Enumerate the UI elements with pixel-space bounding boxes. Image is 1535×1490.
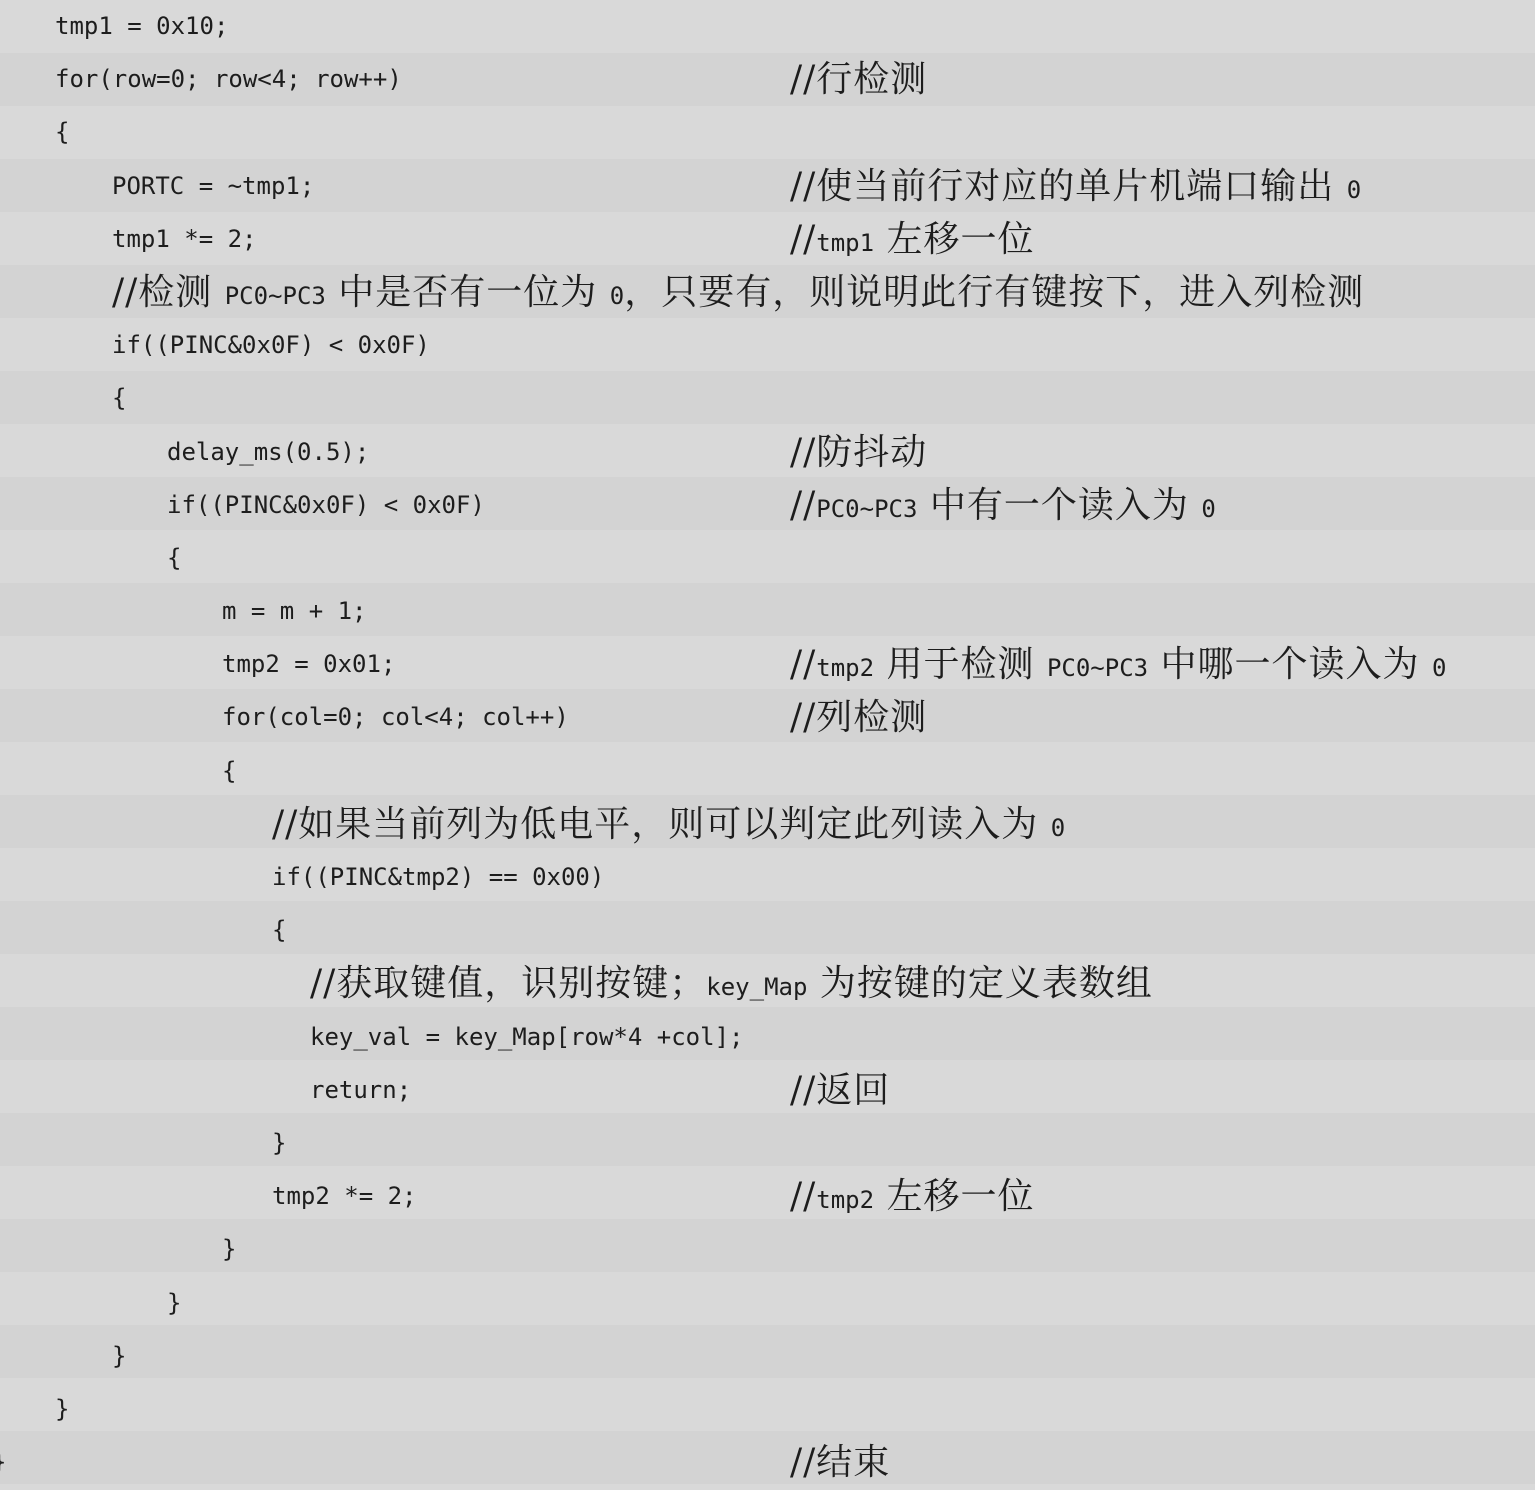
code-line: tmp1 = 0x10; [0, 0, 1535, 53]
code-text: } [272, 1117, 286, 1170]
comment-code-fragment: 0 [610, 282, 624, 310]
code-line: if((PINC&tmp2) == 0x00) [0, 851, 1535, 904]
code-line: return;//返回 [0, 1064, 1535, 1117]
code-line: }//结束 [0, 1436, 1535, 1489]
code-line: tmp2 = 0x01;//tmp2 用于检测 PC0~PC3 中哪一个读入为 … [0, 638, 1535, 691]
code-text: } [0, 1436, 6, 1489]
comment-text: //tmp2 用于检测 PC0~PC3 中哪一个读入为 0 [790, 638, 1446, 698]
comment-code-fragment: 0 [1432, 654, 1446, 682]
code-line: tmp2 *= 2;//tmp2 左移一位 [0, 1170, 1535, 1223]
comment-cjk-fragment: 中哪一个读入为 [1148, 644, 1432, 685]
code-text: if((PINC&0x0F) < 0x0F) [167, 479, 485, 532]
comment-cjk-fragment: //防抖动 [790, 432, 927, 473]
code-line: m = m + 1; [0, 585, 1535, 638]
comment-code-fragment: tmp2 [816, 1186, 874, 1214]
comment-code-fragment: 0 [1201, 495, 1215, 523]
comment-text: //使当前行对应的单片机端口输出 0 [790, 160, 1361, 220]
scanned-code-page: { "colors": { "background": "#d6d6d6", "… [0, 0, 1535, 1490]
comment-text: //如果当前列为低电平，则可以判定此列读入为 0 [272, 798, 1065, 858]
code-text: tmp2 = 0x01; [222, 638, 395, 691]
comment-text: //防抖动 [790, 426, 927, 486]
code-line: { [0, 106, 1535, 159]
code-text: tmp1 = 0x10; [55, 0, 228, 53]
comment-cjk-fragment: 为按键的定义表数组 [807, 963, 1152, 1004]
code-text: } [55, 1383, 69, 1436]
comment-code-fragment: PC0~PC3 [225, 282, 326, 310]
comment-cjk-fragment: // [790, 219, 816, 260]
code-text: } [167, 1277, 181, 1330]
comment-cjk-fragment: //行检测 [790, 59, 927, 100]
comment-code-fragment: 0 [1347, 176, 1361, 204]
comment-cjk-fragment: 用于检测 [874, 644, 1047, 685]
comment-text: //检测 PC0~PC3 中是否有一位为 0，只要有，则说明此行有键按下，进入列… [112, 266, 1364, 326]
comment-cjk-fragment: //返回 [790, 1070, 890, 1111]
code-line: //检测 PC0~PC3 中是否有一位为 0，只要有，则说明此行有键按下，进入列… [0, 266, 1535, 319]
comment-cjk-fragment: 中是否有一位为 [326, 272, 610, 313]
comment-text: //PC0~PC3 中有一个读入为 0 [790, 479, 1216, 539]
comment-text: //行检测 [790, 53, 927, 113]
code-text: } [112, 1330, 126, 1383]
comment-code-fragment: tmp1 [816, 229, 874, 257]
code-line: //如果当前列为低电平，则可以判定此列读入为 0 [0, 798, 1535, 851]
code-line: delay_ms(0.5);//防抖动 [0, 426, 1535, 479]
comment-cjk-fragment: //列检测 [790, 697, 927, 738]
comment-text: //列检测 [790, 691, 927, 751]
code-line: tmp1 *= 2;//tmp1 左移一位 [0, 213, 1535, 266]
code-text: tmp2 *= 2; [272, 1170, 417, 1223]
code-text: if((PINC&0x0F) < 0x0F) [112, 319, 430, 372]
comment-cjk-fragment: //结束 [790, 1442, 890, 1483]
code-text: { [272, 904, 286, 957]
comment-text: //返回 [790, 1064, 890, 1124]
comment-cjk-fragment: 中有一个读入为 [917, 485, 1201, 526]
comment-cjk-fragment: // [790, 485, 816, 526]
code-line: if((PINC&0x0F) < 0x0F) [0, 319, 1535, 372]
code-text: PORTC = ~tmp1; [112, 160, 314, 213]
comment-text: //结束 [790, 1436, 890, 1490]
comment-text: //tmp1 左移一位 [790, 213, 1035, 273]
code-text: return; [310, 1064, 411, 1117]
code-line: { [0, 372, 1535, 425]
code-text: { [112, 372, 126, 425]
code-text: delay_ms(0.5); [167, 426, 369, 479]
code-text: { [55, 106, 69, 159]
code-line: } [0, 1223, 1535, 1276]
code-line: } [0, 1330, 1535, 1383]
code-line: if((PINC&0x0F) < 0x0F)//PC0~PC3 中有一个读入为 … [0, 479, 1535, 532]
code-line: { [0, 532, 1535, 585]
comment-code-fragment: PC0~PC3 [1047, 654, 1148, 682]
code-line: } [0, 1277, 1535, 1330]
code-line: for(col=0; col<4; col++)//列检测 [0, 691, 1535, 744]
code-line: key_val = key_Map[row*4 +col]; [0, 1011, 1535, 1064]
code-line: { [0, 745, 1535, 798]
comment-cjk-fragment: //使当前行对应的单片机端口输出 [790, 166, 1347, 207]
code-text: } [222, 1223, 236, 1276]
code-listing: tmp1 = 0x10;for(row=0; row<4; row++)//行检… [0, 0, 1535, 1490]
code-text: for(row=0; row<4; row++) [55, 53, 402, 106]
comment-text: //tmp2 左移一位 [790, 1170, 1035, 1230]
comment-cjk-fragment: // [790, 644, 816, 685]
code-line: { [0, 904, 1535, 957]
comment-cjk-fragment: //如果当前列为低电平，则可以判定此列读入为 [272, 804, 1051, 845]
comment-cjk-fragment: ，只要有，则说明此行有键按下，进入列检测 [624, 272, 1364, 313]
comment-cjk-fragment: //获取键值，识别按键； [310, 963, 706, 1004]
code-line: } [0, 1383, 1535, 1436]
comment-code-fragment: tmp2 [816, 654, 874, 682]
code-line: for(row=0; row<4; row++)//行检测 [0, 53, 1535, 106]
code-line: //获取键值，识别按键；key_Map 为按键的定义表数组 [0, 957, 1535, 1010]
code-text: key_val = key_Map[row*4 +col]; [310, 1011, 743, 1064]
comment-cjk-fragment: // [790, 1176, 816, 1217]
code-text: m = m + 1; [222, 585, 367, 638]
code-line: } [0, 1117, 1535, 1170]
comment-cjk-fragment: 左移一位 [874, 1176, 1034, 1217]
code-text: { [167, 532, 181, 585]
code-line: PORTC = ~tmp1;//使当前行对应的单片机端口输出 0 [0, 160, 1535, 213]
comment-cjk-fragment: 左移一位 [874, 219, 1034, 260]
comment-cjk-fragment: //检测 [112, 272, 225, 313]
comment-code-fragment: key_Map [706, 973, 807, 1001]
comment-code-fragment: PC0~PC3 [816, 495, 917, 523]
comment-text: //获取键值，识别按键；key_Map 为按键的定义表数组 [310, 957, 1153, 1017]
code-text: if((PINC&tmp2) == 0x00) [272, 851, 604, 904]
code-text: tmp1 *= 2; [112, 213, 257, 266]
code-text: { [222, 745, 236, 798]
comment-code-fragment: 0 [1051, 814, 1065, 842]
code-text: for(col=0; col<4; col++) [222, 691, 569, 744]
